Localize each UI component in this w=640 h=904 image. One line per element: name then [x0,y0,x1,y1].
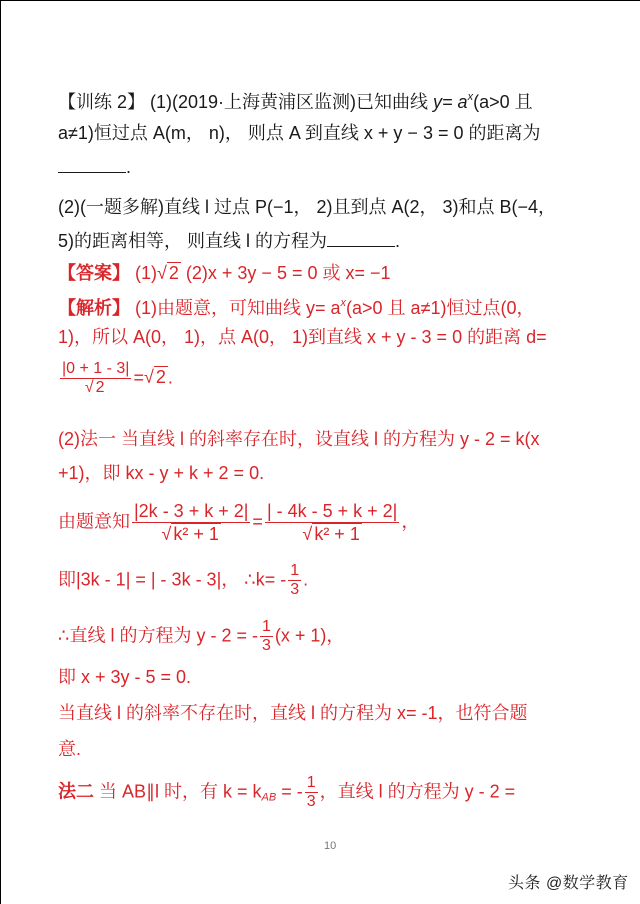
radicand: 2 [94,378,107,396]
problem-label: 【训练 2】 [58,92,145,112]
analysis-line-9: 即 x + 3y - 5 = 0. [58,666,191,688]
answer-text: (2)x + 3y − 5 = 0 或 x= −1 [181,263,391,283]
numerator: |0 + 1 - 3| [60,360,131,379]
answer-line: 【答案】 (1)√2 (2)x + 3y − 5 = 0 或 x= −1 [58,262,391,284]
analysis-text: 意. [58,739,81,759]
analysis-line-2: 1)，所以 A(0， 1)，点 A(0， 1)到直线 x + y - 3 = 0… [58,326,547,348]
analysis-line-6: 由题意知|2k - 3 + k + 2|√k² + 1=| - 4k - 5 +… [58,500,419,545]
analysis-line-10: 当直线 l 的斜率不存在时，直线 l 的方程为 x= -1，也符合题 [58,702,528,724]
radicand: 2 [154,366,168,387]
analysis-label: 【解析】 [58,298,130,318]
analysis-line-4: (2)法一 当直线 l 的斜率存在时，设直线 l 的方程为 y - 2 = k(… [58,428,540,450]
analysis-text: 当 AB∥l 时，有 k = k [94,781,262,801]
analysis-text: ，直线 l 的方程为 y - 2 = [320,781,516,801]
analysis-line-11: 意. [58,738,81,760]
analysis-text: . [303,569,308,589]
analysis-line-5: +1)，即 kx - y + k + 2 = 0. [58,462,264,484]
analysis-text: (x + 1)， [275,625,345,645]
problem-line-4: (2)(一题多解)直线 l 过点 P(−1， 2)且到点 A(2， 3)和点 B… [58,196,556,218]
equals: = [133,367,144,387]
fraction: 13 [305,774,318,811]
denominator: √2 [83,379,109,397]
method-label: 法二 [58,781,94,801]
radicand: 2 [167,262,181,283]
analysis-text: 由题意知 [58,511,130,531]
answer-blank-1 [58,158,126,173]
problem-text: a≠1)恒过点 A(m， n)， 则点 A 到直线 x + y − 3 = 0 … [58,123,540,143]
analysis-line-8: ∴直线 l 的方程为 y - 2 = -13(x + 1)， [58,618,344,655]
radicand: k² + 1 [171,523,221,544]
numerator: | - 4k - 5 + k + 2| [265,500,399,523]
analysis-text: ∴直线 l 的方程为 y - 2 = - [58,625,258,645]
answer-text: (1) [130,263,157,283]
analysis-line-12: 法二 当 AB∥l 时，有 k = kAB = -13，直线 l 的方程为 y … [58,774,515,811]
problem-text: . [126,157,131,177]
page-border-left [0,0,1,904]
problem-text: (1)(2019·上海黄浦区监测)已知曲线 [145,92,433,112]
sqrt-expression: √2 [157,262,181,284]
fraction: |2k - 3 + k + 2|√k² + 1 [132,500,250,545]
numerator: 1 [305,774,318,793]
analysis-text: 1)，所以 A(0， 1)，点 A(0， 1)到直线 x + y - 3 = 0… [58,327,547,347]
problem-line-1: 【训练 2】 (1)(2019·上海黄浦区监测)已知曲线 y= ax(a>0 且 [58,86,533,113]
problem-line-3: . [58,156,131,178]
problem-text: . [395,231,400,251]
analysis-text: ， [401,511,419,531]
problem-line-2: a≠1)恒过点 A(m， n)， 则点 A 到直线 x + y − 3 = 0 … [58,122,540,144]
problem-text: (2)(一题多解)直线 l 过点 P(−1， 2)且到点 A(2， 3)和点 B… [58,197,556,217]
denominator: √k² + 1 [160,523,223,545]
analysis-text: 即 x + 3y - 5 = 0. [58,667,191,687]
analysis-text: . [168,367,173,387]
analysis-text: (a>0 且 a≠1)恒过点(0， [346,298,534,318]
page-number: 10 [324,840,336,852]
analysis-text: +1)，即 kx - y + k + 2 = 0. [58,463,264,483]
analysis-text: = - [276,781,303,801]
numerator: 1 [260,618,273,637]
fraction: | - 4k - 5 + k + 2|√k² + 1 [265,500,399,545]
equals: = [252,511,263,531]
equation: y= a [433,92,468,112]
denominator: √k² + 1 [300,523,363,545]
problem-text: (a>0 且 [473,92,533,112]
denominator: 3 [288,581,301,599]
subscript: AB [262,791,277,803]
fraction: 13 [260,618,273,655]
analysis-text: (1)由题意，可知曲线 y= a [130,298,341,318]
analysis-line-7: 即|3k - 1| = | - 3k - 3|， ∴k= -13. [58,562,308,599]
fraction: |0 + 1 - 3|√2 [60,360,131,397]
fraction: 13 [288,562,301,599]
denominator: 3 [305,793,318,811]
denominator: 3 [260,637,273,655]
analysis-text: 即|3k - 1| = | - 3k - 3|， ∴k= - [58,569,286,589]
radicand: k² + 1 [312,523,362,544]
answer-label: 【答案】 [58,263,130,283]
analysis-text: (2)法一 当直线 l 的斜率存在时，设直线 l 的方程为 y - 2 = k(… [58,429,540,449]
numerator: |2k - 3 + k + 2| [132,500,250,523]
numerator: 1 [288,562,301,581]
problem-line-5: 5)的距离相等， 则直线 l 的方程为. [58,230,400,252]
analysis-line-3: |0 + 1 - 3|√2=√2. [58,360,173,397]
sqrt-expression: √2 [144,366,168,388]
analysis-text: 当直线 l 的斜率不存在时，直线 l 的方程为 x= -1，也符合题 [58,703,528,723]
page-border-top [0,0,640,1]
watermark: 头条 @数学教育 [508,870,629,893]
answer-blank-2 [327,232,395,247]
problem-text: 5)的距离相等， 则直线 l 的方程为 [58,231,327,251]
analysis-line-1: 【解析】 (1)由题意，可知曲线 y= ax(a>0 且 a≠1)恒过点(0， [58,292,534,319]
